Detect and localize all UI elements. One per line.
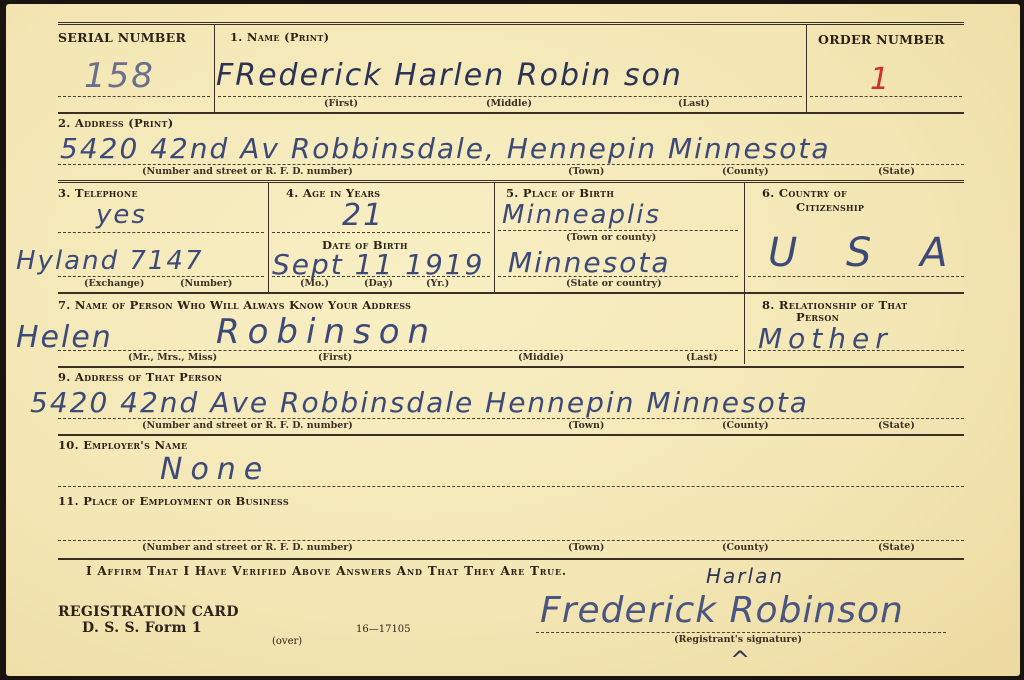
order-number-value: 1 xyxy=(870,62,891,97)
number-sub: (Number) xyxy=(180,278,232,289)
birthplace-town-value: Minneaplis xyxy=(502,200,661,230)
birthplace-state-sub: (State or country) xyxy=(566,278,662,289)
citizenship-value: U S A xyxy=(768,230,965,276)
contact-label: 7. Name of Person Who Will Always Know Y… xyxy=(58,298,411,312)
name-last-sub: (Last) xyxy=(678,98,710,109)
address-line xyxy=(58,164,964,165)
contact-first-sub: (First) xyxy=(318,352,352,363)
contact-last-value: Robinson xyxy=(216,312,437,352)
dob-yr-sub: (Yr.) xyxy=(426,278,449,289)
exchange-sub: (Exchange) xyxy=(84,278,144,289)
birthplace-town-sub: (Town or county) xyxy=(566,232,656,243)
age-line xyxy=(272,232,490,233)
contact-address-value: 5420 42nd Ave Robbinsdale Hennepin Minne… xyxy=(30,386,809,419)
citizenship-line xyxy=(748,276,964,277)
telephone-exchange-line xyxy=(58,276,264,277)
row-rule xyxy=(58,112,964,114)
employment-place-line xyxy=(58,540,964,541)
row-rule xyxy=(58,434,964,436)
top-rule xyxy=(58,22,964,25)
row-rule xyxy=(58,366,964,368)
divider xyxy=(494,182,495,292)
birthplace-town-line xyxy=(498,230,738,231)
contact-title-sub: (Mr., Mrs., Miss) xyxy=(128,352,217,363)
employment-place-label: 11. Place of Employment or Business xyxy=(58,494,289,508)
order-number-label: ORDER NUMBER xyxy=(818,32,945,47)
serial-number-label: SERIAL NUMBER xyxy=(58,30,186,45)
divider xyxy=(806,24,807,112)
registration-card: SERIAL NUMBER 158 1. Name (Print) FReder… xyxy=(6,4,1020,676)
employment-town-sub: (Town) xyxy=(568,542,604,553)
card-title: REGISTRATION CARD xyxy=(58,604,239,620)
address-town-sub: (Town) xyxy=(568,166,604,177)
contact-address-line xyxy=(58,418,964,419)
contact-address-street-sub: (Number and street or R. F. D. number) xyxy=(142,420,353,431)
card-form: D. S. S. Form 1 xyxy=(82,620,202,636)
citizenship-label-2: Citizenship xyxy=(796,200,864,214)
name-value: FRederick Harlen Robin son xyxy=(216,58,683,93)
row-rule xyxy=(58,180,964,183)
serial-line xyxy=(58,96,210,97)
signature-value: Frederick Robinson xyxy=(540,590,904,631)
contact-last-sub: (Last) xyxy=(686,352,718,363)
telephone-value: yes xyxy=(96,200,147,230)
print-code: 16—17105 xyxy=(356,624,411,635)
dob-line xyxy=(272,276,490,277)
name-label: 1. Name (Print) xyxy=(230,30,329,44)
employment-state-sub: (State) xyxy=(878,542,915,553)
employer-value: None xyxy=(160,452,270,487)
signature-insert: Harlan xyxy=(706,564,784,588)
divider xyxy=(214,24,215,112)
birthplace-label: 5. Place of Birth xyxy=(506,186,614,200)
divider xyxy=(744,294,745,364)
employer-label: 10. Employer's Name xyxy=(58,438,187,452)
relationship-line xyxy=(748,350,964,351)
signature-caret: ^ xyxy=(730,646,752,674)
divider xyxy=(744,182,745,292)
dob-mo-sub: (Mo.) xyxy=(300,278,329,289)
contact-address-state-sub: (State) xyxy=(878,420,915,431)
name-line xyxy=(218,96,802,97)
over-label: (over) xyxy=(272,636,302,647)
contact-middle-sub: (Middle) xyxy=(518,352,564,363)
address-state-sub: (State) xyxy=(878,166,915,177)
signature-sub: (Registrant's signature) xyxy=(674,634,802,645)
employment-street-sub: (Number and street or R. F. D. number) xyxy=(142,542,353,553)
age-value: 21 xyxy=(342,198,384,233)
telephone-line xyxy=(58,232,264,233)
birthplace-state-value: Minnesota xyxy=(508,246,671,279)
telephone-exchange-value: Hyland 7147 xyxy=(16,246,204,276)
address-value: 5420 42nd Av Robbinsdale, Hennepin Minne… xyxy=(60,132,831,165)
contact-address-label: 9. Address of That Person xyxy=(58,370,222,384)
contact-line xyxy=(58,350,738,351)
signature-line xyxy=(536,632,946,633)
address-label: 2. Address (Print) xyxy=(58,116,174,130)
birthplace-state-line xyxy=(498,276,738,277)
employment-county-sub: (County) xyxy=(722,542,769,553)
dob-day-sub: (Day) xyxy=(364,278,393,289)
name-first-sub: (First) xyxy=(324,98,358,109)
row-rule xyxy=(58,558,964,560)
employer-line xyxy=(58,486,964,487)
contact-address-county-sub: (County) xyxy=(722,420,769,431)
affirm-text: I Affirm That I Have Verified Above Answ… xyxy=(86,564,567,578)
divider xyxy=(268,182,269,292)
name-middle-sub: (Middle) xyxy=(486,98,532,109)
address-county-sub: (County) xyxy=(722,166,769,177)
telephone-label: 3. Telephone xyxy=(58,186,138,200)
row-rule xyxy=(58,292,964,294)
address-street-sub: (Number and street or R. F. D. number) xyxy=(142,166,353,177)
serial-number-value: 158 xyxy=(84,56,155,96)
citizenship-label: 6. Country of xyxy=(762,186,847,200)
contact-address-town-sub: (Town) xyxy=(568,420,604,431)
order-line xyxy=(810,96,962,97)
